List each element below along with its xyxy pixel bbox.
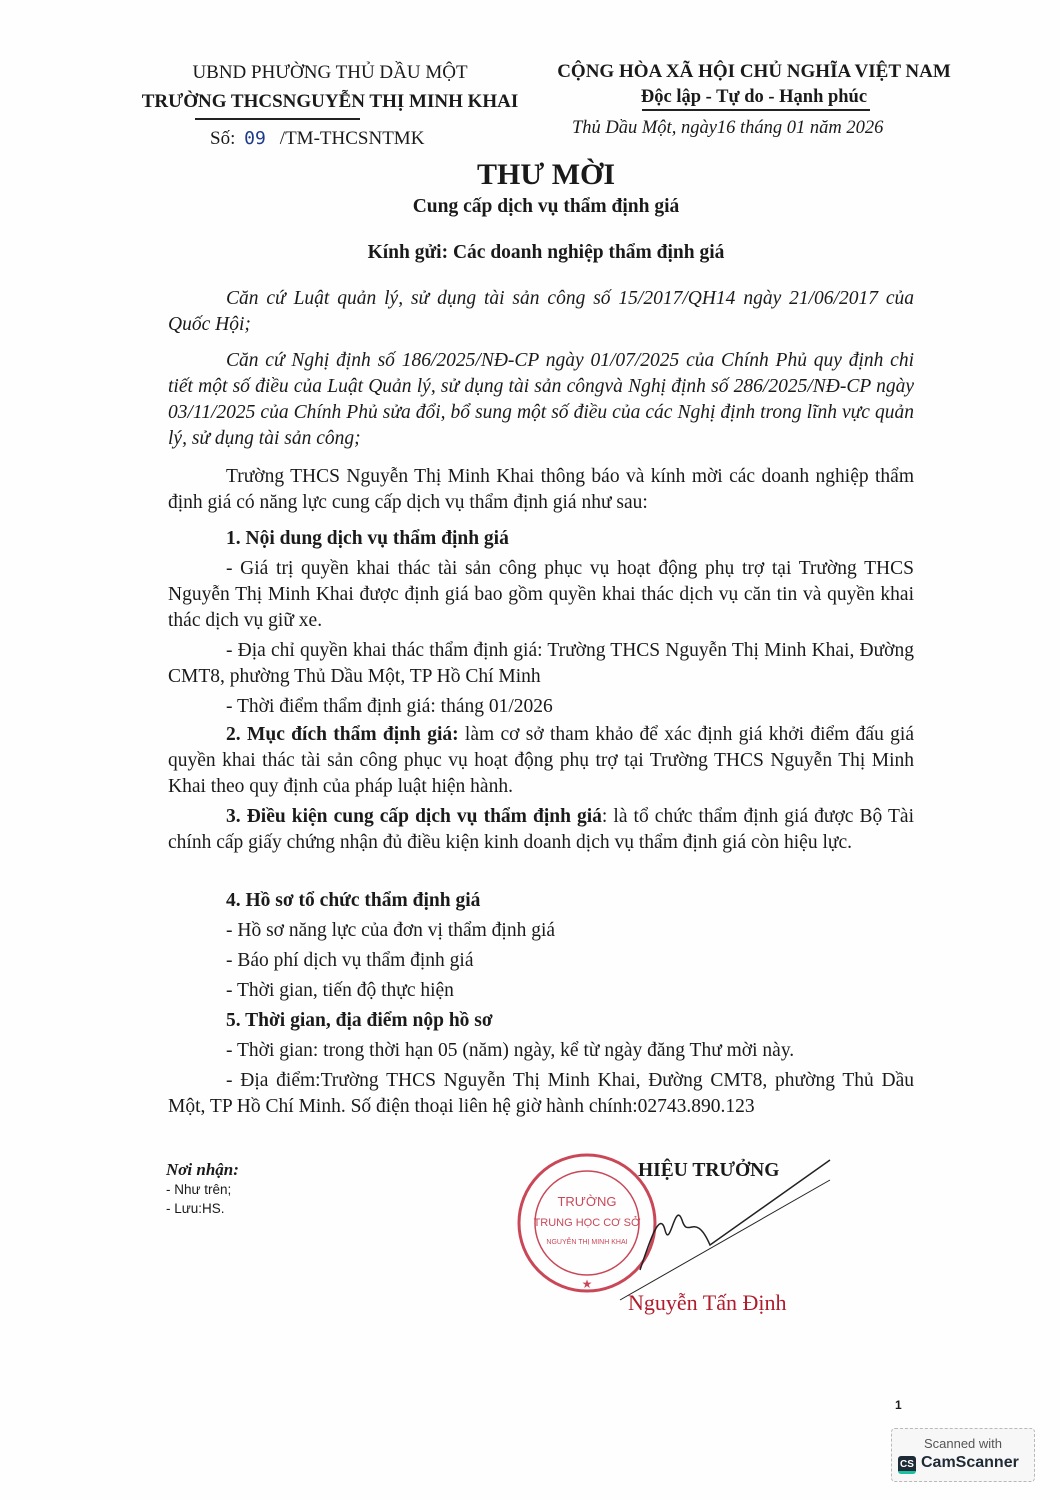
section-5-title: 5. Thời gian, địa điểm nộp hồ sơ [168, 1008, 914, 1034]
header-right: CỘNG HÒA XÃ HỘI CHỦ NGHĨA VIỆT NAM Độc l… [548, 58, 960, 108]
document-number: Số: 09/TM-THCSNTMK [210, 128, 424, 150]
svg-text:NGUYỄN THỊ MINH KHAI: NGUYỄN THỊ MINH KHAI [546, 1237, 627, 1246]
intro-paragraph: Trường THCS Nguyễn Thị Minh Khai thông b… [168, 464, 914, 516]
camscanner-watermark: Scanned with CS CamScanner [891, 1428, 1035, 1482]
document-number-value: 09 [240, 128, 280, 149]
recipient-line: Kính gửi: Các doanh nghiệp thẩm định giá [0, 242, 1060, 264]
authority-name: UBND PHƯỜNG THỦ DẦU MỘT [130, 58, 530, 88]
nation-name: CỘNG HÒA XÃ HỘI CHỦ NGHĨA VIỆT NAM [548, 58, 960, 86]
svg-text:★: ★ [582, 1277, 593, 1291]
legal-basis-1: Căn cứ Luật quản lý, sử dụng tài sản côn… [168, 286, 914, 338]
section-2: 2. Mục đích thẩm định giá: làm cơ sở tha… [168, 722, 914, 800]
section-1-item: - Địa chỉ quyền khai thác thẩm định giá:… [168, 638, 914, 690]
national-motto: Độc lập - Tự do - Hạnh phúc [548, 86, 960, 108]
document-page: UBND PHƯỜNG THỦ DẦU MỘT TRƯỜNG THCSNGUYỄ… [0, 0, 1060, 1500]
recipient-item: - Lưu:HS. [166, 1199, 239, 1218]
camscanner-logo-icon: CS [898, 1456, 916, 1474]
section-4-item: - Thời gian, tiến độ thực hiện [168, 978, 914, 1004]
section-4: 4. Hồ sơ tổ chức thẩm định giá - Hồ sơ n… [168, 888, 914, 1120]
recipient-item: - Như trên; [166, 1180, 239, 1199]
page-number: 1 [895, 1398, 902, 1412]
legal-basis-2: Căn cứ Nghị định số 186/2025/NĐ-CP ngày … [168, 348, 914, 452]
document-title: THƯ MỜI [0, 158, 1060, 192]
section-1-item: - Giá trị quyền khai thác tài sản công p… [168, 556, 914, 634]
svg-text:TRUNG HỌC CƠ SỞ: TRUNG HỌC CƠ SỞ [534, 1216, 641, 1229]
section-1-title: 1. Nội dung dịch vụ thẩm định giá [168, 526, 914, 552]
document-subtitle: Cung cấp dịch vụ thẩm định giá [0, 196, 1060, 218]
section-3-title: 3. Điều kiện cung cấp dịch vụ thẩm định … [226, 806, 602, 827]
signer-position: HIỆU TRƯỞNG [638, 1160, 779, 1182]
header-left-underline [195, 118, 360, 120]
place-date: Thủ Dầu Một, ngày16 tháng 01 năm 2026 [572, 118, 883, 139]
section-1-item: - Thời điểm thẩm định giá: tháng 01/2026 [168, 694, 914, 720]
svg-text:TRƯỜNG: TRƯỜNG [557, 1194, 616, 1209]
legal-basis: Căn cứ Luật quản lý, sử dụng tài sản côn… [168, 286, 914, 452]
section-4-title: 4. Hồ sơ tổ chức thẩm định giá [168, 888, 914, 914]
section-5-item: - Thời gian: trong thời hạn 05 (năm) ngà… [168, 1038, 914, 1064]
recipients-title: Nơi nhận: [166, 1160, 239, 1180]
recipients-block: Nơi nhận: - Như trên; - Lưu:HS. [166, 1160, 239, 1218]
signer-name: Nguyễn Tấn Định [628, 1290, 786, 1316]
section-1: 1. Nội dung dịch vụ thẩm định giá - Giá … [168, 526, 914, 720]
section-3: 3. Điều kiện cung cấp dịch vụ thẩm định … [168, 804, 914, 856]
header-left: UBND PHƯỜNG THỦ DẦU MỘT TRƯỜNG THCSNGUYỄ… [130, 58, 530, 116]
section-5-item: - Địa điểm:Trường THCS Nguyễn Thị Minh K… [168, 1068, 914, 1120]
official-stamp: TRƯỜNG TRUNG HỌC CƠ SỞ NGUYỄN THỊ MINH K… [519, 1155, 655, 1291]
school-name: TRƯỜNG THCSNGUYỄN THỊ MINH KHAI [130, 88, 530, 116]
section-2-title: 2. Mục đích thẩm định giá: [226, 724, 459, 745]
section-4-item: - Hồ sơ năng lực của đơn vị thẩm định gi… [168, 918, 914, 944]
section-4-item: - Báo phí dịch vụ thẩm định giá [168, 948, 914, 974]
header-right-underline [642, 109, 870, 111]
